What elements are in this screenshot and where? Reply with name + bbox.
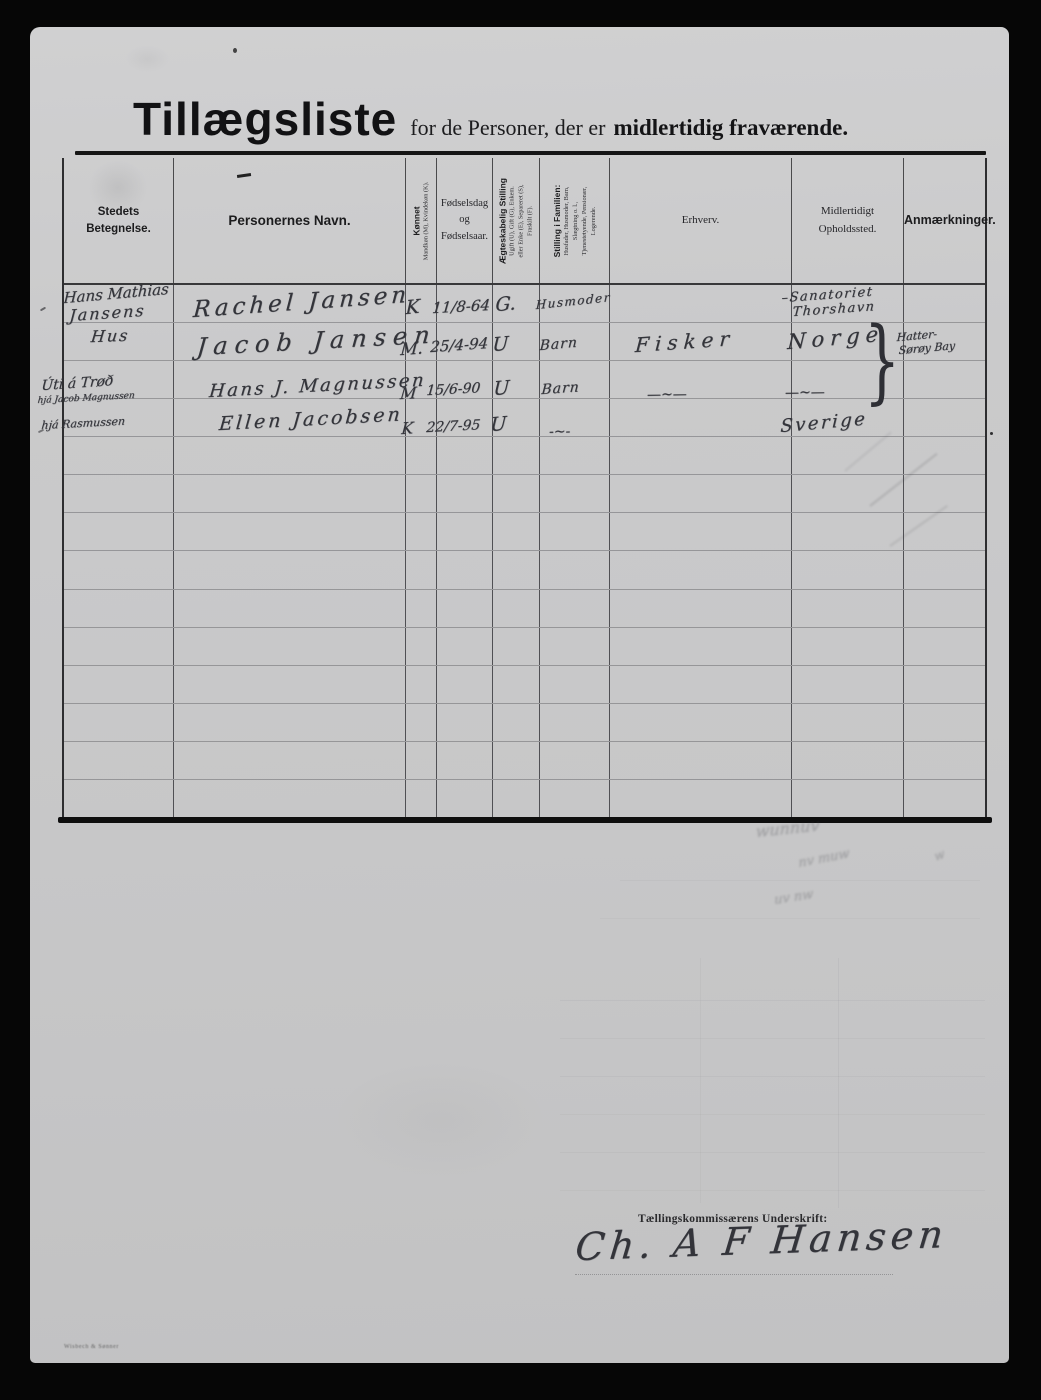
cell-aegteskabelig xyxy=(492,323,539,360)
cell-ophold xyxy=(791,323,903,360)
cell-erhverv xyxy=(609,361,791,398)
cell-sted xyxy=(64,437,173,474)
cell-stilling xyxy=(539,513,609,550)
col-header-title-aegteskabelig: Ægteskabelig Stilling xyxy=(497,160,507,282)
col-header-stilling: Stilling i Familien:Husfader, Husmoder, … xyxy=(539,158,609,283)
cell-erhverv xyxy=(609,437,791,474)
cell-stilling xyxy=(539,742,609,779)
table-row xyxy=(64,704,985,742)
col-header-subtitle-aegteskabelig: Ugift (U), Gift (G), Enkem. eller Enke (… xyxy=(507,160,534,282)
cell-erhverv xyxy=(609,323,791,360)
cell-koennet xyxy=(405,399,436,436)
printer-imprint: Wisbech & Sønner xyxy=(64,1344,119,1350)
cell-koennet xyxy=(405,437,436,474)
cell-erhverv xyxy=(609,551,791,588)
cell-navn xyxy=(173,742,405,779)
table-row xyxy=(64,628,985,666)
cell-navn xyxy=(173,399,405,436)
cell-koennet xyxy=(405,513,436,550)
col-header-sted: Stedets Betegnelse. xyxy=(64,158,173,283)
cell-ophold xyxy=(791,704,903,741)
cell-anm xyxy=(903,399,985,436)
cell-foedsel xyxy=(436,399,492,436)
table-row xyxy=(64,666,985,704)
cell-erhverv xyxy=(609,666,791,703)
col-header-erhverv: Erhverv. xyxy=(609,158,791,283)
page-title: Tillægsliste for de Personer, der er mid… xyxy=(133,92,848,146)
cell-stilling xyxy=(539,628,609,665)
cell-stilling xyxy=(539,704,609,741)
table-row xyxy=(64,513,985,551)
cell-navn xyxy=(173,361,405,398)
cell-ophold xyxy=(791,590,903,627)
table-row xyxy=(64,361,985,399)
cell-foedsel xyxy=(436,323,492,360)
ghost-line xyxy=(600,918,980,919)
cell-navn xyxy=(173,551,405,588)
cell-aegteskabelig xyxy=(492,628,539,665)
ghost-line xyxy=(560,1038,985,1039)
cell-sted xyxy=(64,399,173,436)
table-header: Stedets Betegnelse.Personernes Navn.Kønn… xyxy=(64,158,985,285)
cell-sted xyxy=(64,323,173,360)
col-header-title-sted: Stedets Betegnelse. xyxy=(86,204,151,237)
cell-sted xyxy=(64,361,173,398)
cell-stilling xyxy=(539,551,609,588)
table-row xyxy=(64,399,985,437)
scanned-census-page: Tillægsliste for de Personer, der er mid… xyxy=(0,0,1041,1400)
ink-speck xyxy=(233,48,237,53)
cell-foedsel xyxy=(436,780,492,818)
cell-foedsel xyxy=(436,285,492,322)
ghost-line-vertical xyxy=(838,958,839,1208)
title-prefix: for de Personer, der er xyxy=(410,115,605,141)
cell-foedsel xyxy=(436,590,492,627)
table-body xyxy=(64,285,985,818)
cell-foedsel xyxy=(436,437,492,474)
cell-anm xyxy=(903,590,985,627)
cell-erhverv xyxy=(609,742,791,779)
cell-navn xyxy=(173,323,405,360)
cell-erhverv xyxy=(609,704,791,741)
table-row xyxy=(64,285,985,323)
cell-navn xyxy=(173,780,405,818)
col-header-foedsel: Fødselsdag og Fødselsaar. xyxy=(436,158,492,283)
cell-koennet xyxy=(405,475,436,512)
cell-ophold xyxy=(791,628,903,665)
ghost-line xyxy=(560,1114,985,1115)
cell-erhverv xyxy=(609,513,791,550)
table-row xyxy=(64,780,985,818)
cell-aegteskabelig xyxy=(492,551,539,588)
cell-sted xyxy=(64,628,173,665)
ghost-line xyxy=(560,1190,985,1191)
cell-koennet xyxy=(405,285,436,322)
table-row xyxy=(64,475,985,513)
table-row xyxy=(64,590,985,628)
cell-aegteskabelig xyxy=(492,780,539,818)
cell-navn xyxy=(173,628,405,665)
col-header-koennet: KønnetMandkøn (M), Kvindekøn (K). xyxy=(405,158,436,283)
cell-ophold xyxy=(791,361,903,398)
cell-foedsel xyxy=(436,361,492,398)
cell-stilling xyxy=(539,590,609,627)
cell-koennet xyxy=(405,361,436,398)
cell-foedsel xyxy=(436,513,492,550)
ghost-line xyxy=(620,880,980,881)
ink-speck xyxy=(990,432,993,435)
ghost-line xyxy=(560,1000,985,1001)
cell-koennet xyxy=(405,780,436,818)
cell-koennet xyxy=(405,666,436,703)
col-header-title-anm: Anmærkninger. xyxy=(904,211,996,229)
cell-erhverv xyxy=(609,399,791,436)
cell-stilling xyxy=(539,361,609,398)
cell-erhverv xyxy=(609,628,791,665)
cell-navn xyxy=(173,666,405,703)
cell-foedsel xyxy=(436,628,492,665)
cell-sted xyxy=(64,475,173,512)
cell-anm xyxy=(903,628,985,665)
cell-anm xyxy=(903,780,985,818)
col-header-title-foedsel: Fødselsdag og Fødselsaar. xyxy=(441,196,488,245)
title-emphasis: midlertidig fraværende. xyxy=(613,115,848,141)
table-row xyxy=(64,742,985,780)
col-header-subtitle-stilling: Husfader, Husmoder, Barn, Slægtning o. l… xyxy=(561,160,598,282)
cell-stilling xyxy=(539,285,609,322)
cell-erhverv xyxy=(609,590,791,627)
cell-ophold xyxy=(791,513,903,550)
cell-navn xyxy=(173,704,405,741)
table-row xyxy=(64,551,985,589)
col-header-title-stilling: Stilling i Familien: xyxy=(551,160,561,282)
cell-aegteskabelig xyxy=(492,399,539,436)
cell-anm xyxy=(903,551,985,588)
cell-anm xyxy=(903,323,985,360)
cell-foedsel xyxy=(436,666,492,703)
cell-aegteskabelig xyxy=(492,590,539,627)
cell-erhverv xyxy=(609,475,791,512)
cell-ophold xyxy=(791,666,903,703)
cell-foedsel xyxy=(436,742,492,779)
ghost-line xyxy=(560,1152,985,1153)
title-rule xyxy=(75,151,986,155)
cell-anm xyxy=(903,704,985,741)
cell-navn xyxy=(173,285,405,322)
col-header-ophold: Midlertidigt Opholdssted. xyxy=(791,158,903,283)
cell-sted xyxy=(64,742,173,779)
cell-ophold xyxy=(791,285,903,322)
col-header-anm: Anmærkninger. xyxy=(903,158,996,283)
cell-koennet xyxy=(405,704,436,741)
cell-sted xyxy=(64,780,173,818)
cell-stilling xyxy=(539,437,609,474)
cell-aegteskabelig xyxy=(492,361,539,398)
col-header-navn: Personernes Navn. xyxy=(173,158,405,283)
cell-ophold xyxy=(791,399,903,436)
cell-navn xyxy=(173,437,405,474)
cell-erhverv xyxy=(609,780,791,818)
cell-anm xyxy=(903,361,985,398)
cell-koennet xyxy=(405,590,436,627)
cell-koennet xyxy=(405,742,436,779)
cell-erhverv xyxy=(609,285,791,322)
cell-foedsel xyxy=(436,704,492,741)
cell-stilling xyxy=(539,666,609,703)
cell-koennet xyxy=(405,323,436,360)
cell-aegteskabelig xyxy=(492,513,539,550)
cell-anm xyxy=(903,666,985,703)
cell-navn xyxy=(173,590,405,627)
cell-stilling xyxy=(539,475,609,512)
col-header-title-navn: Personernes Navn. xyxy=(228,211,350,231)
title-main: Tillægsliste xyxy=(133,92,397,146)
cell-sted xyxy=(64,704,173,741)
cell-aegteskabelig xyxy=(492,285,539,322)
ghost-line-vertical xyxy=(700,958,701,1203)
cell-koennet xyxy=(405,628,436,665)
col-header-title-ophold: Midlertidigt Opholdssted. xyxy=(819,203,877,237)
ghost-line xyxy=(560,1076,985,1077)
table-row xyxy=(64,323,985,361)
cell-foedsel xyxy=(436,475,492,512)
col-header-title-koennet: Kønnet xyxy=(411,160,421,282)
signature-baseline xyxy=(575,1274,893,1275)
cell-ophold xyxy=(791,780,903,818)
col-header-subtitle-koennet: Mandkøn (M), Kvindekøn (K). xyxy=(421,160,430,282)
cell-aegteskabelig xyxy=(492,437,539,474)
cell-ophold xyxy=(791,551,903,588)
census-table: Stedets Betegnelse.Personernes Navn.Kønn… xyxy=(62,158,987,818)
cell-stilling xyxy=(539,780,609,818)
col-header-title-erhverv: Erhverv. xyxy=(682,212,719,229)
cell-aegteskabelig xyxy=(492,742,539,779)
cell-koennet xyxy=(405,551,436,588)
cell-navn xyxy=(173,475,405,512)
cell-sted xyxy=(64,590,173,627)
cell-stilling xyxy=(539,399,609,436)
cell-stilling xyxy=(539,323,609,360)
cell-ophold xyxy=(791,742,903,779)
cell-sted xyxy=(64,513,173,550)
col-header-aegteskabelig: Ægteskabelig StillingUgift (U), Gift (G)… xyxy=(492,158,539,283)
cell-aegteskabelig xyxy=(492,704,539,741)
cell-sted xyxy=(64,551,173,588)
cell-aegteskabelig xyxy=(492,666,539,703)
table-bottom-rule xyxy=(58,817,992,823)
cell-foedsel xyxy=(436,551,492,588)
cell-navn xyxy=(173,513,405,550)
cell-anm xyxy=(903,513,985,550)
cell-anm xyxy=(903,742,985,779)
cell-aegteskabelig xyxy=(492,475,539,512)
cell-anm xyxy=(903,285,985,322)
cell-sted xyxy=(64,285,173,322)
cell-sted xyxy=(64,666,173,703)
